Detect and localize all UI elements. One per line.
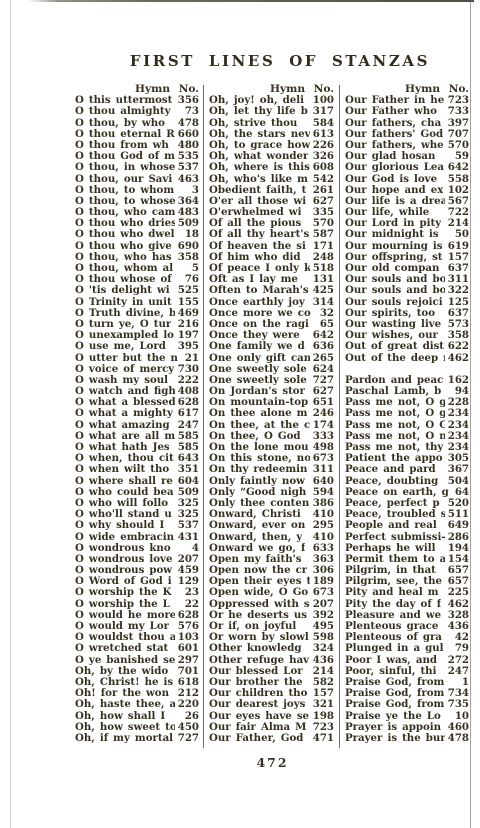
- entry-hymn-number: 462: [448, 353, 469, 364]
- index-entry: O why should I537: [75, 520, 199, 531]
- entry-first-line: O what a blessed: [75, 397, 175, 408]
- entry-first-line: O use me, Lord: [75, 341, 166, 352]
- index-entry: Poor, sinful, thi247: [345, 666, 469, 677]
- entry-hymn-number: 608: [313, 162, 334, 173]
- entry-first-line: O wide embracin: [75, 532, 174, 543]
- entry-first-line: Our glorious Lea: [345, 162, 444, 173]
- entry-hymn-number: 367: [448, 464, 469, 475]
- entry-first-line: Oh, Christ! he is: [75, 677, 173, 688]
- index-entry: Out of great dist622: [345, 341, 469, 352]
- entry-first-line: Pass me not, thy: [345, 442, 443, 453]
- entry-first-line: Our souls and bo: [345, 274, 445, 285]
- entry-first-line: Oh, let thy life b: [209, 106, 308, 117]
- entry-first-line: O thou God of m: [75, 151, 175, 162]
- index-entry: O wide embracin431: [75, 532, 199, 543]
- entry-hymn-number: 537: [178, 520, 199, 531]
- entry-first-line: Our hope and ex: [345, 185, 443, 196]
- entry-first-line: O wondrous kno: [75, 543, 171, 554]
- entry-first-line: O thou, in whose: [75, 162, 175, 173]
- entry-first-line: O wondrous pow: [75, 565, 172, 576]
- entry-first-line: Our Lord in pity: [345, 218, 441, 229]
- entry-first-line: O who will follo: [75, 498, 168, 509]
- index-entry: Oh, let thy life b317: [209, 106, 334, 117]
- index-entry: Prayer is the bur478: [345, 733, 469, 744]
- index-entry: Plunged in a gul79: [345, 643, 469, 654]
- entry-first-line: O thou whose of: [75, 274, 172, 285]
- entry-first-line: One sweetly sole: [209, 364, 307, 375]
- index-entry: Our glorious Lea642: [345, 162, 469, 173]
- index-entry: O this uttermost356: [75, 95, 199, 106]
- entry-hymn-number: 351: [178, 464, 199, 475]
- page-title: FIRST LINES OF STANZAS: [85, 52, 475, 70]
- index-entry: Our souls and bo322: [345, 285, 469, 296]
- entry-first-line: O what a mighty: [75, 408, 173, 419]
- entry-hymn-number: 478: [448, 733, 469, 744]
- index-entry: Peace, doubting504: [345, 476, 469, 487]
- entry-first-line: Our Father who: [345, 106, 437, 117]
- index-entry: Oh, where is this608: [209, 162, 334, 173]
- entry-first-line: On thee alone m: [209, 408, 307, 419]
- entry-first-line: Onward, then, y: [209, 532, 302, 543]
- index-rows: O this uttermost356O thou almighty73O th…: [75, 95, 199, 744]
- entry-first-line: Our children tho: [209, 688, 307, 699]
- entry-first-line: O ye banished se: [75, 655, 175, 666]
- index-entry: Our Lord in pity214: [345, 218, 469, 229]
- entry-hymn-number: 246: [313, 408, 334, 419]
- entry-first-line: O thou, who cam: [75, 207, 175, 218]
- entry-first-line: O who'll stand u: [75, 509, 172, 520]
- index-column-2: Hymn No. Oh, joy! oh, deli100Oh, let thy…: [209, 84, 334, 744]
- index-entry: Our Father, God471: [209, 733, 334, 744]
- entry-first-line: O unexampled lo: [75, 330, 174, 341]
- entry-first-line: Often to Marah's: [209, 285, 309, 296]
- entry-first-line: Pilgrim, see, the: [345, 576, 442, 587]
- entry-first-line: O Trinity in unit: [75, 297, 172, 308]
- index-entry: Oh, if my mortal727: [75, 733, 199, 744]
- entry-first-line: O thou, to whose: [75, 196, 175, 207]
- entry-first-line: O thou, to whom: [75, 185, 174, 196]
- entry-first-line: Of all the pious: [209, 218, 301, 229]
- entry-first-line: Pass me not, O G: [345, 420, 445, 431]
- entry-first-line: On thy redeemin: [209, 464, 307, 475]
- index-rows: Oh, joy! oh, deli100Oh, let thy life b31…: [209, 95, 334, 744]
- entry-hymn-number: 311: [313, 464, 334, 475]
- entry-first-line: Our God is love: [345, 174, 437, 185]
- entry-first-line: Open now the cr: [209, 565, 307, 576]
- entry-first-line: Once more we co: [209, 308, 311, 319]
- entry-first-line: Of him who did: [209, 252, 301, 263]
- entry-first-line: Our fathers, whe: [345, 140, 444, 151]
- entry-first-line: One only gift can: [209, 353, 310, 364]
- index-rows: Our Father in he723Our Father who733Our …: [345, 95, 469, 744]
- entry-first-line: Oft as I lay me: [209, 274, 298, 285]
- entry-first-line: Or he deserts us: [209, 610, 307, 621]
- entry-first-line: O wondrous love: [75, 554, 172, 565]
- entry-first-line: O'er all those wi: [209, 196, 306, 207]
- entry-first-line: Our offspring, st: [345, 252, 443, 263]
- entry-first-line: Oh, joy! oh, deli: [209, 95, 304, 106]
- entry-first-line: Our fathers' God: [345, 129, 443, 140]
- index-entry: O 'tis delight wi525: [75, 285, 199, 296]
- index-entry: On thee alone m246: [209, 408, 334, 419]
- entry-hymn-number: 471: [313, 733, 334, 744]
- index-entry: Pass me not, O g234: [345, 408, 469, 419]
- index-entry: Plenteous of gra42: [345, 632, 469, 643]
- entry-hymn-number: 395: [178, 341, 199, 352]
- entry-first-line: O thou, by who: [75, 118, 165, 129]
- entry-first-line: O utter but the n: [75, 353, 178, 364]
- entry-first-line: Our Father in he: [345, 95, 444, 106]
- index-entry: Plenteous grace436: [345, 621, 469, 632]
- entry-first-line: Our life, while: [345, 207, 429, 218]
- entry-first-line: Onward, Christi: [209, 509, 301, 520]
- entry-first-line: Our wasting live: [345, 319, 441, 330]
- entry-first-line: Oh, where is this: [209, 162, 310, 173]
- entry-hymn-number: 18: [185, 229, 199, 240]
- entry-first-line: Pass me not, O m: [345, 431, 445, 442]
- index-entry: Pity and heal m225: [345, 587, 469, 598]
- index-entry: Our dearest joys321: [209, 699, 334, 710]
- entry-first-line: Perfect submissi-: [345, 532, 445, 543]
- index-entry: O use me, Lord395: [75, 341, 199, 352]
- entry-first-line: Our wishes, our: [345, 330, 438, 341]
- entry-first-line: O'erwhelmed wi: [209, 207, 301, 218]
- entry-first-line: Other knowledg: [209, 643, 302, 654]
- index-entry: O thou who dries509: [75, 218, 199, 229]
- entry-first-line: Plunged in a gul: [345, 643, 444, 654]
- entry-first-line: O thou who dwel: [75, 229, 175, 240]
- entry-first-line: Oh, by the wido: [75, 666, 168, 677]
- entry-first-line: One family we d: [209, 341, 305, 352]
- entry-first-line: Out of the deep r: [345, 353, 445, 364]
- index-entry: Perfect submissi-286: [345, 532, 469, 543]
- index-entry: O thou, in whose537: [75, 162, 199, 173]
- entry-first-line: Of heaven the si: [209, 241, 306, 252]
- entry-first-line: Peace on earth, g: [345, 487, 449, 498]
- index-entry: O thou who dwel18: [75, 229, 199, 240]
- entry-first-line: Only thee conten: [209, 498, 309, 509]
- index-entry: Praise God, from735: [345, 699, 469, 710]
- entry-first-line: Patient the appo: [345, 453, 443, 464]
- index-entry: Our midnight is50: [345, 229, 469, 240]
- entry-first-line: Poor I was, and: [345, 655, 437, 666]
- entry-first-line: Obedient faith, t: [209, 185, 306, 196]
- index-entry: People and real649: [345, 520, 469, 531]
- entry-first-line: O thou, our Savi: [75, 174, 172, 185]
- entry-first-line: On this stone, no: [209, 453, 310, 464]
- entry-first-line: Pass me not, O g: [345, 397, 445, 408]
- entry-first-line: Only “Good nigh: [209, 487, 306, 498]
- entry-hymn-number: 636: [313, 341, 334, 352]
- entry-first-line: O thou eternal R: [75, 129, 175, 140]
- entry-first-line: Praise ye the Lo: [345, 711, 441, 722]
- entry-first-line: O who could bea: [75, 487, 174, 498]
- entry-first-line: Pardon and peac: [345, 375, 443, 386]
- entry-first-line: Plenteous of gra: [345, 632, 442, 643]
- index-entry: Our fathers, whe570: [345, 140, 469, 151]
- entry-first-line: O why should I: [75, 520, 164, 531]
- entry-hymn-number: 617: [178, 408, 199, 419]
- entry-first-line: Oh, to grace how: [209, 140, 310, 151]
- index-entry: On thy redeemin311: [209, 464, 334, 475]
- entry-first-line: O when wilt tho: [75, 464, 169, 475]
- entry-first-line: Oh, who's like m: [209, 174, 308, 185]
- entry-first-line: On thee, O God: [209, 431, 301, 442]
- entry-first-line: Open wide, O Go: [209, 587, 308, 598]
- entry-first-line: O thou, who has: [75, 252, 172, 263]
- entry-first-line: On mountain-top: [209, 397, 308, 408]
- entry-first-line: O what amazing: [75, 420, 170, 431]
- entry-first-line: Our spirits, too: [345, 308, 435, 319]
- entry-first-line: On thee, at the c: [209, 420, 310, 431]
- index-entry: Peace and pard367: [345, 464, 469, 475]
- entry-hymn-number: 220: [178, 699, 199, 710]
- entry-first-line: Our fair Alma M: [209, 722, 306, 733]
- entry-first-line: Or if, on joyful: [209, 621, 296, 632]
- entry-first-line: Poor, sinful, thi: [345, 666, 436, 677]
- index-entry: Pardon and peac162: [345, 375, 469, 386]
- index-entry: Oh, who's like m542: [209, 174, 334, 185]
- entry-hymn-number: 234: [448, 408, 469, 419]
- entry-hymn-number: 735: [448, 699, 469, 710]
- index-entry: Out of the deep r462: [345, 353, 469, 364]
- index-entry: O thou almighty73: [75, 106, 199, 117]
- entry-first-line: Paschal Lamb, b: [345, 386, 441, 397]
- entry-first-line: Once on the ragi: [209, 319, 309, 330]
- entry-first-line: Our dearest joys: [209, 699, 305, 710]
- entry-first-line: Praise God, from: [345, 688, 444, 699]
- book-page-edge: [471, 0, 480, 828]
- index-entry: Of all thy heart's587: [209, 229, 334, 240]
- entry-first-line: Out of great dist: [345, 341, 444, 352]
- entry-first-line: Oh, how shall I: [75, 711, 165, 722]
- entry-first-line: O Truth divine, b: [75, 308, 175, 319]
- entry-hymn-number: 295: [313, 520, 334, 531]
- entry-hymn-number: 727: [178, 733, 199, 744]
- column-divider-1: [203, 85, 204, 748]
- entry-first-line: Peace, perfect p: [345, 498, 440, 509]
- index-entry: Onward, ever on295: [209, 520, 334, 531]
- entry-first-line: Peace, doubting: [345, 476, 438, 487]
- column-divider-2: [339, 85, 340, 748]
- entry-first-line: Our glad hosan: [345, 151, 435, 162]
- index-entry: O Word of God i129: [75, 576, 199, 587]
- entry-first-line: Oh, strive thou: [209, 118, 297, 129]
- index-entry: Other knowledg324: [209, 643, 334, 654]
- index-entry: O what a mighty617: [75, 408, 199, 419]
- entry-hymn-number: 425: [313, 285, 334, 296]
- entry-first-line: Pass me not, O g: [345, 408, 445, 419]
- entry-first-line: Permit them to a: [345, 554, 445, 565]
- index-entry: Onward, then, y410: [209, 532, 334, 543]
- entry-first-line: Prayer is appoin: [345, 722, 441, 733]
- entry-first-line: Of all thy heart's: [209, 229, 309, 240]
- entry-first-line: O wash my soul: [75, 375, 168, 386]
- entry-first-line: O when, thou cit: [75, 453, 174, 464]
- entry-first-line: One sweetly sole: [209, 375, 307, 386]
- entry-first-line: Our eyes have se: [209, 711, 309, 722]
- entry-first-line: Oh, what wonder: [209, 151, 308, 162]
- entry-first-line: Our Father, God: [209, 733, 303, 744]
- entry-first-line: Peace, troubled s: [345, 509, 445, 520]
- entry-first-line: O what are all m: [75, 431, 175, 442]
- entry-first-line: Our old compan: [345, 263, 439, 274]
- entry-first-line: Oh, if my mortal: [75, 733, 173, 744]
- entry-hymn-number: 317: [313, 106, 334, 117]
- entry-first-line: On the lone mou: [209, 442, 309, 453]
- entry-hymn-number: 642: [448, 162, 469, 173]
- entry-first-line: O 'tis delight wi: [75, 285, 170, 296]
- entry-first-line: Other refuge hav: [209, 655, 309, 666]
- entry-first-line: Prayer is the bur: [345, 733, 445, 744]
- index-entry: O thou, our Savi463: [75, 174, 199, 185]
- entry-first-line: Open my faith's: [209, 554, 302, 565]
- entry-first-line: Our life is a drea: [345, 196, 445, 207]
- entry-hymn-number: 587: [313, 229, 334, 240]
- page-number: 472: [75, 755, 470, 770]
- entry-hymn-number: 601: [178, 643, 199, 654]
- entry-hymn-number: 322: [448, 285, 469, 296]
- entry-first-line: Onward we go, f: [209, 543, 305, 554]
- entry-first-line: O this uttermost: [75, 95, 172, 106]
- entry-first-line: Pity the day of f: [345, 599, 441, 610]
- entry-first-line: Our blessed Lor: [209, 666, 303, 677]
- index-entry: Oh, haste thee, a220: [75, 699, 199, 710]
- entry-hymn-number: 23: [185, 587, 199, 598]
- entry-hymn-number: 324: [313, 643, 334, 654]
- index-entry: Praise ye the Lo10: [345, 711, 469, 722]
- entry-hymn-number: 622: [448, 341, 469, 352]
- entry-first-line: Oh! for the won: [75, 688, 169, 699]
- entry-first-line: Of peace I only k: [209, 263, 310, 274]
- entry-first-line: Once they were: [209, 330, 300, 341]
- index-entry: O thou, who has358: [75, 252, 199, 263]
- entry-hymn-number: 673: [313, 587, 334, 598]
- index-entry: Often to Marah's425: [209, 285, 334, 296]
- entry-hymn-number: 537: [178, 162, 199, 173]
- entry-first-line: Or worn by slowl: [209, 632, 309, 643]
- index-entry: Oh, how shall I26: [75, 711, 199, 722]
- entry-first-line: O thou, whom al: [75, 263, 173, 274]
- entry-hymn-number: 649: [448, 520, 469, 531]
- index-column-3: Hymn No. Our Father in he723Our Father w…: [345, 84, 469, 744]
- entry-first-line: Pleasure and we: [345, 610, 441, 621]
- index-entry: Our eyes have se198: [209, 711, 334, 722]
- entry-first-line: Oppressed with s: [209, 599, 310, 610]
- entry-first-line: O Word of God i: [75, 576, 172, 587]
- entry-first-line: Praise God, from: [345, 699, 444, 710]
- entry-first-line: O thou who dries: [75, 218, 175, 229]
- index-entry: Once more we co32: [209, 308, 334, 319]
- entry-first-line: O turn ye, O tur: [75, 319, 171, 330]
- entry-first-line: O worship the K: [75, 587, 172, 598]
- entry-first-line: People and real: [345, 520, 437, 531]
- entry-hymn-number: 50: [455, 229, 469, 240]
- entry-first-line: Once earthly joy: [209, 297, 305, 308]
- index-entry: Once earthly joy314: [209, 297, 334, 308]
- entry-first-line: Oh, haste thee, a: [75, 699, 175, 710]
- entry-first-line: Our brother the: [209, 677, 303, 688]
- entry-first-line: O would he more: [75, 610, 175, 621]
- entry-hymn-number: 525: [178, 285, 199, 296]
- entry-first-line: Our midnight is: [345, 229, 439, 240]
- index-entry: O wretched stat601: [75, 643, 199, 654]
- entry-first-line: O where shall re: [75, 476, 173, 487]
- index-entry: O when wilt tho351: [75, 464, 199, 475]
- entry-first-line: Onward, ever on: [209, 520, 305, 531]
- entry-first-line: O wouldst thou a: [75, 632, 175, 643]
- entry-first-line: Only faintly now: [209, 476, 305, 487]
- top-border-rule: [28, 0, 474, 2]
- hymnal-index-page: FIRST LINES OF STANZAS Hymn No. O this u…: [0, 0, 480, 828]
- binding-crease-line: [10, 0, 11, 828]
- entry-hymn-number: 321: [313, 699, 334, 710]
- entry-first-line: O thou almighty: [75, 106, 171, 117]
- entry-first-line: Pity and heal m: [345, 587, 439, 598]
- entry-first-line: Open their eyes t: [209, 576, 310, 587]
- index-entry: Our God is love558: [345, 174, 469, 185]
- entry-first-line: Our souls and bo: [345, 285, 445, 296]
- entry-first-line: Plenteous grace: [345, 621, 438, 632]
- entry-first-line: O would my Lor: [75, 621, 169, 632]
- entry-first-line: O thou from wh: [75, 140, 169, 151]
- entry-first-line: Our souls rejoici: [345, 297, 443, 308]
- entry-first-line: O worship the L: [75, 599, 170, 610]
- index-entry: O thou, whom al5: [75, 263, 199, 274]
- index-column-1: Hymn No. O this uttermost356O thou almig…: [75, 84, 199, 744]
- entry-hymn-number: 225: [448, 587, 469, 598]
- entry-hymn-number: 733: [448, 106, 469, 117]
- entry-first-line: O what hath Jes: [75, 442, 170, 453]
- entry-first-line: Oh, how sweet to: [75, 722, 175, 733]
- entry-first-line: Our fathers, cha: [345, 118, 441, 129]
- index-entry: Open wide, O Go673: [209, 587, 334, 598]
- entry-first-line: O watch and figh: [75, 386, 175, 397]
- entry-first-line: Perhaps he will: [345, 543, 435, 554]
- index-entry: One family we d636: [209, 341, 334, 352]
- entry-first-line: O voice of mercy: [75, 364, 174, 375]
- entry-first-line: Pilgrim, in that: [345, 565, 436, 576]
- entry-first-line: Peace and pard: [345, 464, 436, 475]
- entry-first-line: O thou who give: [75, 241, 172, 252]
- entry-first-line: Oh, the stars nev: [209, 129, 310, 140]
- entry-first-line: O wretched stat: [75, 643, 168, 654]
- entry-hymn-number: 73: [185, 106, 199, 117]
- entry-first-line: Praise God, from: [345, 677, 444, 688]
- index-entry: Our Father who733: [345, 106, 469, 117]
- entry-hymn-number: 79: [455, 643, 469, 654]
- entry-first-line: Our mourning is: [345, 241, 443, 252]
- index-entry: O utter but the n21: [75, 353, 199, 364]
- index-entry: O worship the K23: [75, 587, 199, 598]
- index-entry: One only gift can265: [209, 353, 334, 364]
- entry-first-line: On Jordan's stor: [209, 386, 305, 397]
